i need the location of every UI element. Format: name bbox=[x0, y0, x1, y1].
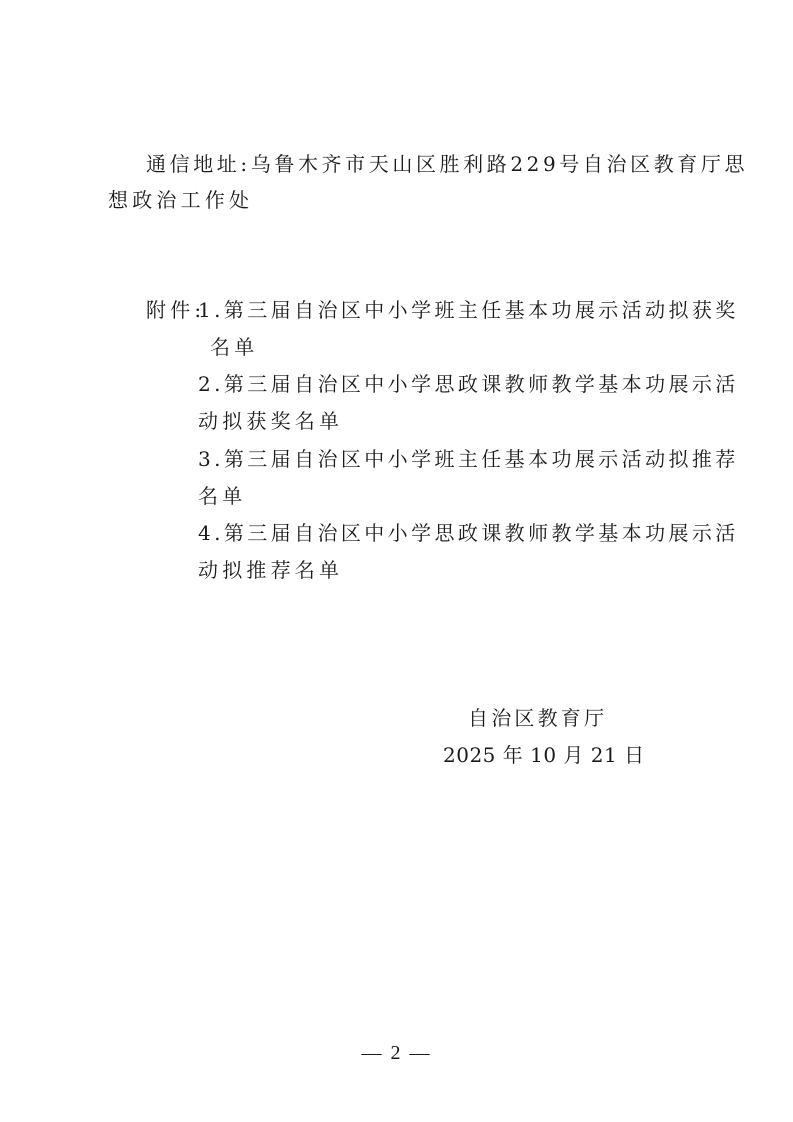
attachment-item-1: 1.第三届自治区中小学班主任基本功展示活动拟获奖 bbox=[198, 298, 739, 322]
issue-date: 2025 年 10 月 21 日 bbox=[443, 743, 645, 767]
attachment-item-3-cont: 名单 bbox=[198, 484, 246, 508]
address-line-2: 想政治工作处 bbox=[108, 188, 253, 212]
attachment-item-4-cont: 动拟推荐名单 bbox=[198, 558, 343, 582]
attachment-item-3: 3.第三届自治区中小学班主任基本功展示活动拟推荐 bbox=[198, 447, 739, 471]
page-number: — 2 — bbox=[0, 1042, 793, 1065]
attachment-item-2: 2.第三届自治区中小学思政课教师教学基本功展示活 bbox=[198, 372, 739, 396]
attachment-item-4: 4.第三届自治区中小学思政课教师教学基本功展示活 bbox=[198, 521, 739, 545]
attachments-label: 附件: bbox=[146, 298, 205, 322]
attachment-item-2-cont: 动拟获奖名单 bbox=[198, 409, 343, 433]
address-line-1: 通信地址:乌鲁木齐市天山区胜利路229号自治区教育厅思 bbox=[146, 152, 748, 176]
issuer-name: 自治区教育厅 bbox=[468, 706, 607, 730]
attachment-item-1-cont: 名单 bbox=[210, 335, 258, 359]
